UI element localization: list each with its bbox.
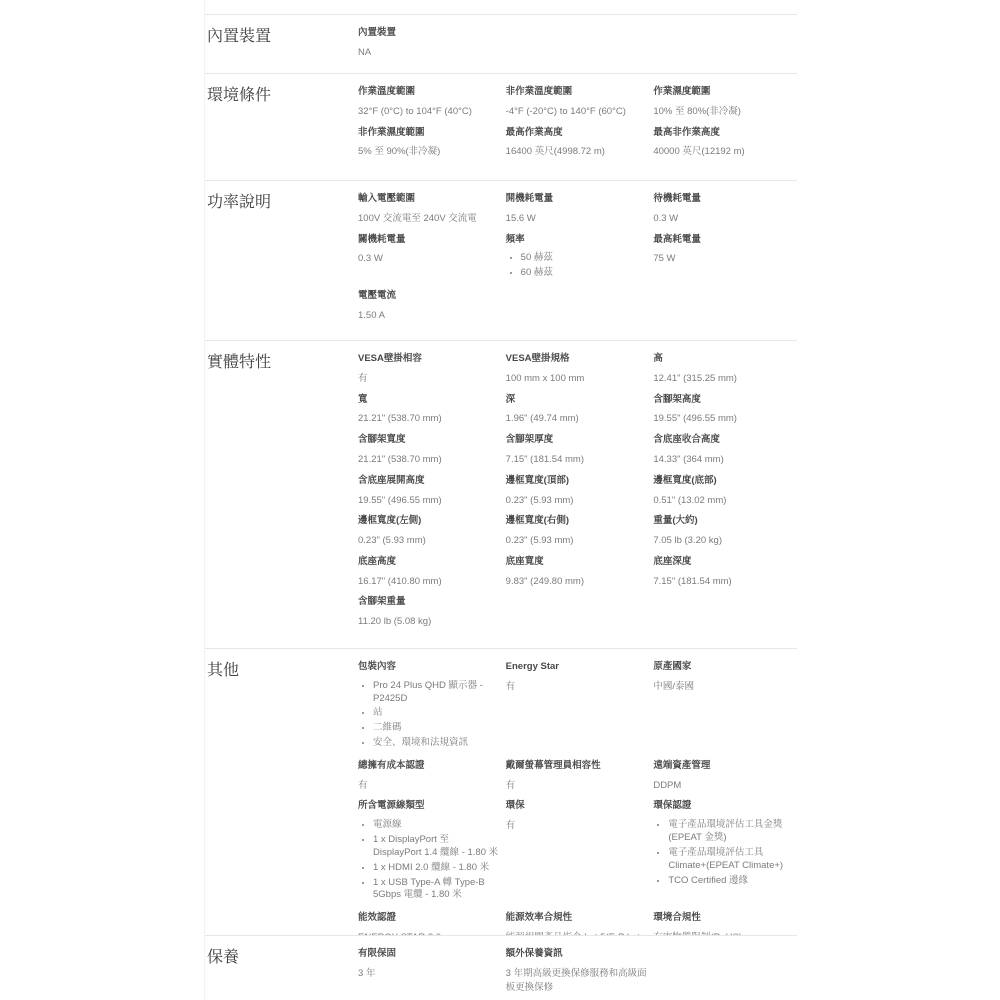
spec-list-item: 50 赫茲 [521, 252, 648, 265]
section-title: 實體特性 [205, 353, 358, 374]
spec-list-item: 二維碼 [373, 722, 500, 735]
spec-value: 21.21" (538.70 mm) [358, 453, 500, 467]
spec-item: 電壓電流1.50 A [358, 290, 500, 323]
spec-value: 中國/泰國 [653, 680, 795, 694]
spec-item: 環保有 [506, 800, 648, 904]
spec-value: 16.17" (410.80 mm) [358, 575, 500, 589]
spec-value-list: 50 赫茲60 赫茲 [506, 252, 648, 280]
spec-value: 有 [506, 819, 648, 833]
spec-label: 頻率 [506, 234, 648, 247]
spec-item: 含腳架高度19.55" (496.55 mm) [653, 394, 795, 427]
spec-list-item: 1 x USB Type-A 轉 Type-B 5Gbps 電纜 - 1.80 … [373, 877, 500, 903]
spec-label: 邊框寬度(右側) [506, 515, 648, 528]
spec-item: 寬21.21" (538.70 mm) [358, 394, 500, 427]
spec-value: 11.20 lb (5.08 kg) [358, 615, 500, 629]
spec-value: 32°F (0°C) to 104°F (40°C) [358, 105, 500, 119]
spec-section-3: 實體特性VESA壁掛相容有VESA壁掛規格100 mm x 100 mm高12.… [205, 340, 797, 648]
spec-item: 最高耗電量75 W [653, 234, 795, 282]
items-grid: VESA壁掛相容有VESA壁掛規格100 mm x 100 mm高12.41" … [358, 353, 797, 629]
spec-value-list: Pro 24 Plus QHD 顯示器 - P2425D站二維碼安全、環境和法規… [358, 680, 500, 750]
spec-item: 最高非作業高度40000 英尺(12192 m) [653, 127, 795, 160]
spec-value: 0.23" (5.93 mm) [506, 534, 648, 548]
spec-item: 含腳架厚度7.15" (181.54 mm) [506, 434, 648, 467]
spec-value: 100 mm x 100 mm [506, 372, 648, 386]
spec-label: 總擁有成本認證 [358, 760, 500, 773]
spec-value: 3 年期高級更換保修服務和高級面板更換保修 [506, 967, 648, 995]
spec-label: 遠端資產管理 [653, 760, 795, 773]
spec-item: 邊框寬度(頂部)0.23" (5.93 mm) [506, 475, 648, 508]
spec-table: 內置裝置內置裝置NA環境條件作業溫度範圍32°F (0°C) to 104°F … [204, 0, 797, 1000]
spec-list-item: 1 x HDMI 2.0 纜線 - 1.80 米 [373, 862, 500, 875]
items-grid: 包裝內容Pro 24 Plus QHD 顯示器 - P2425D站二維碼安全、環… [358, 661, 797, 935]
spec-label: VESA壁掛規格 [506, 353, 648, 366]
spec-label: 環保 [506, 800, 648, 813]
spec-label: 邊框寬度(頂部) [506, 475, 648, 488]
spec-value: 21.21" (538.70 mm) [358, 412, 500, 426]
spec-value: 15.6 W [506, 212, 648, 226]
spec-value: 16400 英尺(4998.72 m) [506, 145, 648, 159]
spec-label: 環保認證 [653, 800, 795, 813]
spec-value: NA [358, 46, 500, 60]
spec-list-item: 電子產品環境評估工具金獎(EPEAT 金獎) [668, 819, 795, 845]
spec-item: 重量(大約)7.05 lb (3.20 kg) [653, 515, 795, 548]
spec-section-5: 保養有限保固3 年額外保養資訊3 年期高級更換保修服務和高級面板更換保修 [205, 935, 797, 1000]
spec-label: 開機耗電量 [506, 193, 648, 206]
spec-item: 最高作業高度16400 英尺(4998.72 m) [506, 127, 648, 160]
spec-list-item: 1 x DisplayPort 至 DisplayPort 1.4 纜線 - 1… [373, 834, 500, 860]
spec-item: 原產國家中國/泰國 [653, 661, 795, 752]
spec-item: 底座深度7.15" (181.54 mm) [653, 556, 795, 589]
spec-value-list: 電源線1 x DisplayPort 至 DisplayPort 1.4 纜線 … [358, 819, 500, 902]
spec-item: 環境合規性有害物質限制(RoHS) [653, 912, 795, 935]
spec-value: 19.55" (496.55 mm) [358, 494, 500, 508]
spec-item: 待機耗電量0.3 W [653, 193, 795, 226]
spec-label: 非作業濕度範圍 [358, 127, 500, 140]
spec-label: 作業濕度範圍 [653, 86, 795, 99]
spec-section-4: 其他包裝內容Pro 24 Plus QHD 顯示器 - P2425D站二維碼安全… [205, 648, 797, 935]
spec-value: 7.05 lb (3.20 kg) [653, 534, 795, 548]
spec-label: 原產國家 [653, 661, 795, 674]
spec-label: 額外保養資訊 [506, 948, 648, 961]
spec-item: 輸入電壓範圍100V 交流電至 240V 交流電 [358, 193, 500, 226]
spec-value: 40000 英尺(12192 m) [653, 145, 795, 159]
spec-item: 能源效率合規性能源相關產品指令 Lot 5(ErP Lot 5) [506, 912, 648, 935]
spec-value: 10% 至 80%(非冷凝) [653, 105, 795, 119]
section-title: 其他 [205, 661, 358, 682]
spec-label: 深 [506, 394, 648, 407]
spec-item: 遠端資產管理DDPM [653, 760, 795, 793]
spec-label: 環境合規性 [653, 912, 795, 925]
spec-item: 底座寬度9.83" (249.80 mm) [506, 556, 648, 589]
spec-list-item: 安全、環境和法規資訊 [373, 737, 500, 750]
spec-item: 開機耗電量15.6 W [506, 193, 648, 226]
spec-item: 非作業濕度範圍5% 至 90%(非冷凝) [358, 127, 500, 160]
spec-section-1: 環境條件作業溫度範圍32°F (0°C) to 104°F (40°C)非作業溫… [205, 73, 797, 180]
spec-section-0: 內置裝置內置裝置NA [205, 14, 797, 73]
spec-value: 14.33" (364 mm) [653, 453, 795, 467]
spec-item: 有限保固3 年 [358, 948, 500, 994]
spec-item: 含腳架重量11.20 lb (5.08 kg) [358, 596, 500, 629]
spec-item: 作業濕度範圍10% 至 80%(非冷凝) [653, 86, 795, 119]
spec-value: 12.41" (315.25 mm) [653, 372, 795, 386]
section-title: 環境條件 [205, 86, 358, 107]
spec-item: Energy Star有 [506, 661, 648, 752]
spec-label: 底座寬度 [506, 556, 648, 569]
spec-item: 頻率50 赫茲60 赫茲 [506, 234, 648, 282]
spec-item: 邊框寬度(右側)0.23" (5.93 mm) [506, 515, 648, 548]
spec-value: 0.23" (5.93 mm) [506, 494, 648, 508]
spec-value: 3 年 [358, 967, 500, 981]
spec-item: 內置裝置NA [358, 27, 500, 60]
spec-label: 內置裝置 [358, 27, 500, 40]
spec-label: 底座深度 [653, 556, 795, 569]
spec-value: 7.15" (181.54 mm) [506, 453, 648, 467]
spec-label: 能源效率合規性 [506, 912, 648, 925]
spec-label: 寬 [358, 394, 500, 407]
spec-item: 關機耗電量0.3 W [358, 234, 500, 282]
spec-value: -4°F (-20°C) to 140°F (60°C) [506, 105, 648, 119]
spec-label: 含底座收合高度 [653, 434, 795, 447]
spec-value: 有 [358, 779, 500, 793]
spec-value: 9.83" (249.80 mm) [506, 575, 648, 589]
spec-list-item: Pro 24 Plus QHD 顯示器 - P2425D [373, 680, 500, 706]
spec-list-item: TCO Certified 邊緣 [668, 875, 795, 888]
spec-item: VESA壁掛規格100 mm x 100 mm [506, 353, 648, 386]
items-grid: 內置裝置NA [358, 27, 797, 60]
spec-label: 電壓電流 [358, 290, 500, 303]
spec-label: 所含電源線類型 [358, 800, 500, 813]
spec-label: 含底座展開高度 [358, 475, 500, 488]
spec-label: 非作業溫度範圍 [506, 86, 648, 99]
spec-label: Energy Star [506, 661, 648, 674]
spec-item: 環保認證電子產品環境評估工具金獎(EPEAT 金獎)電子產品環境評估工具 Cli… [653, 800, 795, 904]
spec-value: 有 [506, 680, 648, 694]
spec-label: 有限保固 [358, 948, 500, 961]
spec-item: 邊框寬度(左側)0.23" (5.93 mm) [358, 515, 500, 548]
spec-list-item: 電源線 [373, 819, 500, 832]
spec-label: 待機耗電量 [653, 193, 795, 206]
spec-item: 作業溫度範圍32°F (0°C) to 104°F (40°C) [358, 86, 500, 119]
spec-value: 100V 交流電至 240V 交流電 [358, 212, 500, 226]
spec-list-item: 60 赫茲 [521, 267, 648, 280]
items-grid: 有限保固3 年額外保養資訊3 年期高級更換保修服務和高級面板更換保修 [358, 948, 797, 994]
spec-section-2: 功率說明輸入電壓範圍100V 交流電至 240V 交流電開機耗電量15.6 W待… [205, 180, 797, 340]
spec-item: 含腳架寬度21.21" (538.70 mm) [358, 434, 500, 467]
spec-label: 最高作業高度 [506, 127, 648, 140]
spec-label: 底座高度 [358, 556, 500, 569]
spec-value: 1.50 A [358, 309, 500, 323]
spec-label: 邊框寬度(左側) [358, 515, 500, 528]
spec-value: 0.3 W [653, 212, 795, 226]
spec-value-list: 電子產品環境評估工具金獎(EPEAT 金獎)電子產品環境評估工具 Climate… [653, 819, 795, 887]
spec-value: 19.55" (496.55 mm) [653, 412, 795, 426]
spec-item: 總擁有成本認證有 [358, 760, 500, 793]
spec-label: 含腳架厚度 [506, 434, 648, 447]
spec-item: 邊框寬度(底部)0.51" (13.02 mm) [653, 475, 795, 508]
spec-value: 0.3 W [358, 252, 500, 266]
spec-label: 作業溫度範圍 [358, 86, 500, 99]
spec-item: 底座高度16.17" (410.80 mm) [358, 556, 500, 589]
spec-item: 含底座收合高度14.33" (364 mm) [653, 434, 795, 467]
section-title: 功率說明 [205, 193, 358, 214]
spec-label: 重量(大約) [653, 515, 795, 528]
spec-label: 輸入電壓範圍 [358, 193, 500, 206]
spec-item: 含底座展開高度19.55" (496.55 mm) [358, 475, 500, 508]
spec-label: VESA壁掛相容 [358, 353, 500, 366]
spec-value: 有 [506, 779, 648, 793]
spec-item: 非作業溫度範圍-4°F (-20°C) to 140°F (60°C) [506, 86, 648, 119]
spec-list-item: 站 [373, 707, 500, 720]
section-title: 內置裝置 [205, 27, 358, 48]
spec-item: VESA壁掛相容有 [358, 353, 500, 386]
section-title: 保養 [205, 948, 358, 969]
spec-item: 戴爾螢幕管理員相容性有 [506, 760, 648, 793]
spec-item: 能效認證ENERGY STAR 8.0 [358, 912, 500, 935]
spec-value: 有 [358, 372, 500, 386]
spec-value: 5% 至 90%(非冷凝) [358, 145, 500, 159]
spec-label: 最高耗電量 [653, 234, 795, 247]
spec-label: 含腳架高度 [653, 394, 795, 407]
spec-value: 1.96" (49.74 mm) [506, 412, 648, 426]
spec-value: 0.23" (5.93 mm) [358, 534, 500, 548]
spec-label: 能效認證 [358, 912, 500, 925]
spec-list-item: 電子產品環境評估工具 Climate+(EPEAT Climate+) [668, 847, 795, 873]
spec-label: 戴爾螢幕管理員相容性 [506, 760, 648, 773]
spec-label: 高 [653, 353, 795, 366]
spec-label: 包裝內容 [358, 661, 500, 674]
spec-label: 關機耗電量 [358, 234, 500, 247]
items-grid: 作業溫度範圍32°F (0°C) to 104°F (40°C)非作業溫度範圍-… [358, 86, 797, 159]
spec-item: 深1.96" (49.74 mm) [506, 394, 648, 427]
spec-label: 最高非作業高度 [653, 127, 795, 140]
spec-value: 7.15" (181.54 mm) [653, 575, 795, 589]
spec-label: 含腳架寬度 [358, 434, 500, 447]
spec-item: 包裝內容Pro 24 Plus QHD 顯示器 - P2425D站二維碼安全、環… [358, 661, 500, 752]
spec-label: 含腳架重量 [358, 596, 500, 609]
spec-item: 高12.41" (315.25 mm) [653, 353, 795, 386]
spec-item: 所含電源線類型電源線1 x DisplayPort 至 DisplayPort … [358, 800, 500, 904]
spec-value: 75 W [653, 252, 795, 266]
spec-label: 邊框寬度(底部) [653, 475, 795, 488]
spec-value: DDPM [653, 779, 795, 793]
items-grid: 輸入電壓範圍100V 交流電至 240V 交流電開機耗電量15.6 W待機耗電量… [358, 193, 797, 323]
spec-item: 額外保養資訊3 年期高級更換保修服務和高級面板更換保修 [506, 948, 648, 994]
spec-value: 0.51" (13.02 mm) [653, 494, 795, 508]
